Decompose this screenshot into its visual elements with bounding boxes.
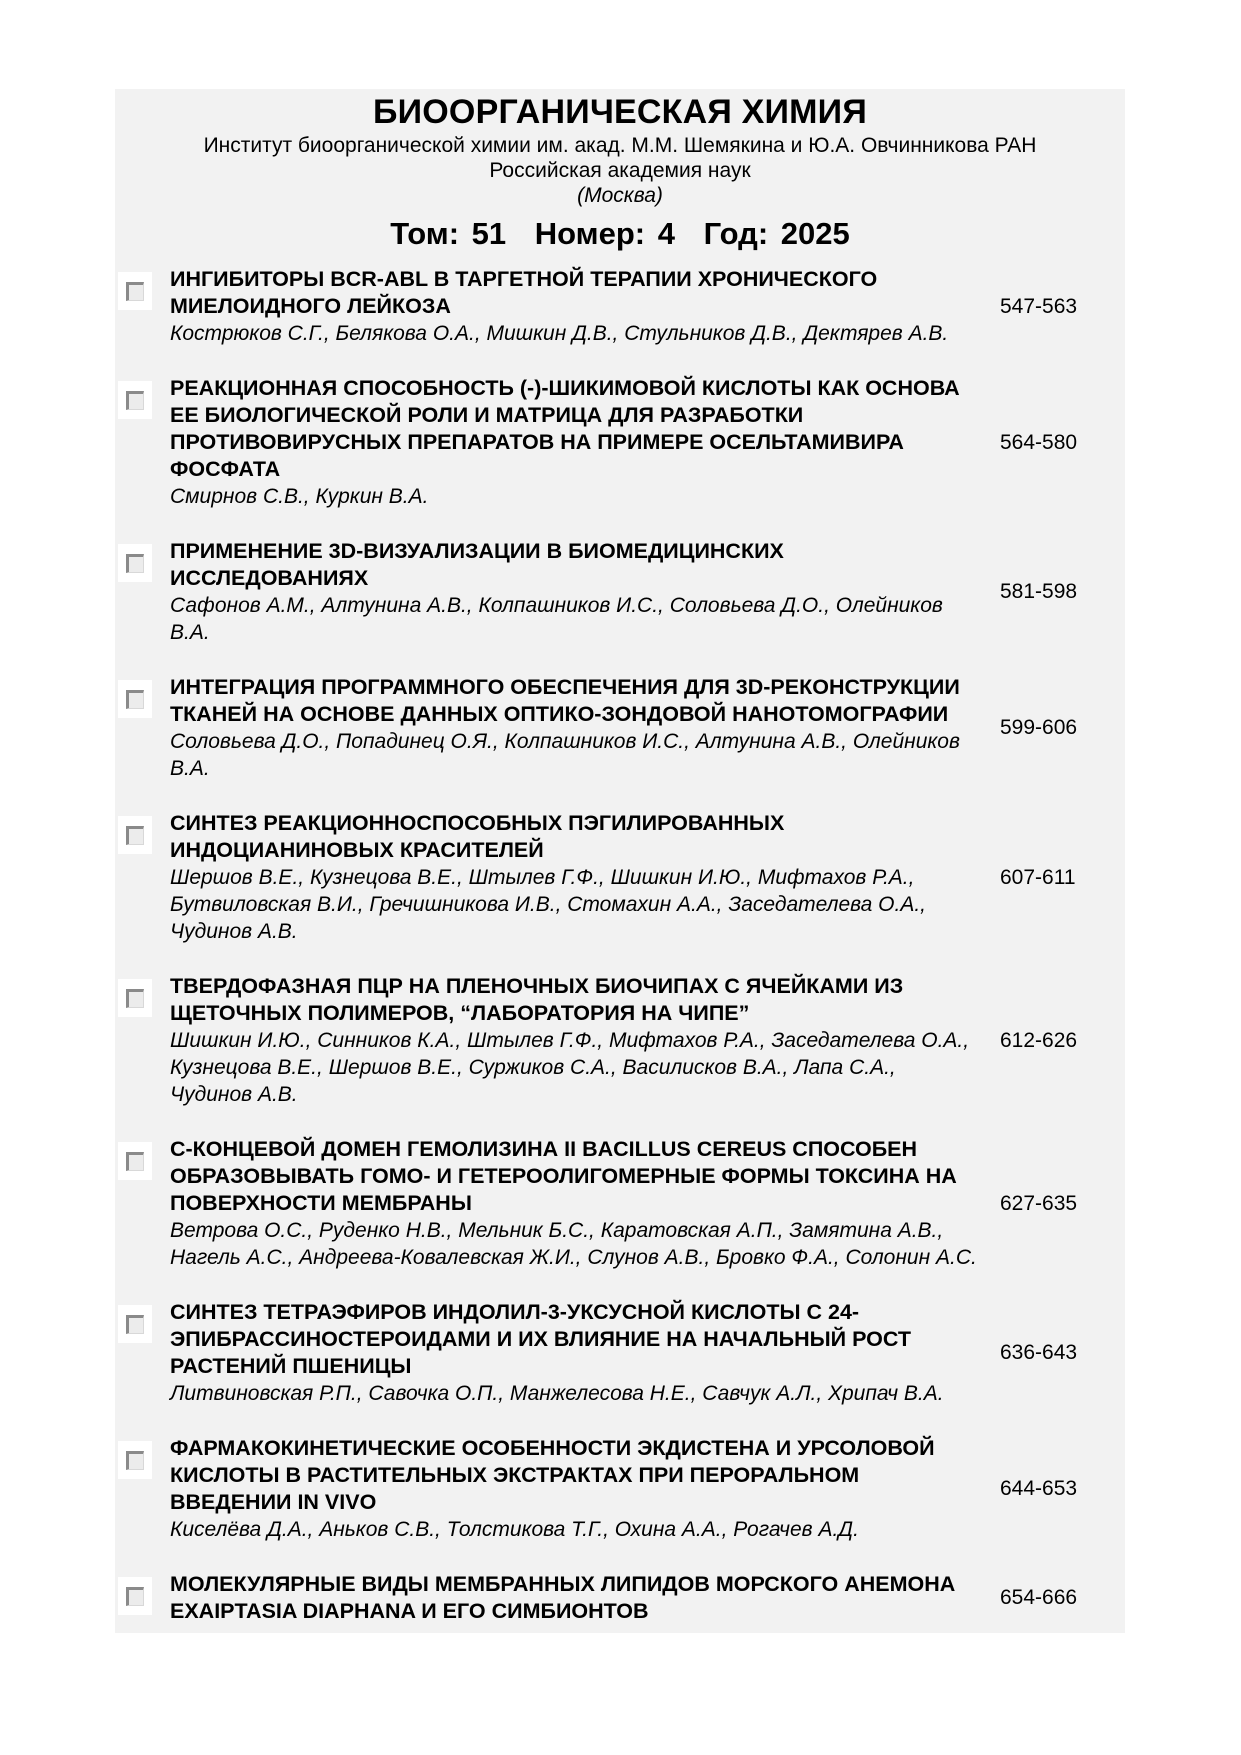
article-item: СИНТЕЗ ТЕТРАЭФИРОВ ИНДОЛИЛ-3-УКСУСНОЙ КИ… <box>115 1293 1125 1429</box>
article-item: СИНТЕЗ РЕАКЦИОННОСПОСОБНЫХ ПЭГИЛИРОВАННЫ… <box>115 804 1125 967</box>
checkbox-icon[interactable] <box>118 979 152 1017</box>
checkbox-icon[interactable] <box>118 1441 152 1479</box>
article-authors: Кострюков С.Г., Белякова О.А., Мишкин Д.… <box>170 320 980 347</box>
issue-label: Номер: 4 <box>535 216 675 251</box>
year-label: Год: 2025 <box>704 216 850 251</box>
article-item: C-КОНЦЕВОЙ ДОМЕН ГЕМОЛИЗИНА II BACILLUS … <box>115 1130 1125 1293</box>
article-authors: Шишкин И.Ю., Синников К.А., Штылев Г.Ф.,… <box>170 1027 980 1108</box>
article-title[interactable]: ФАРМАКОКИНЕТИЧЕСКИЕ ОСОБЕННОСТИ ЭКДИСТЕН… <box>170 1435 980 1516</box>
article-pages: 644-653 <box>980 1435 1125 1543</box>
checkbox-icon[interactable] <box>118 680 152 718</box>
article-pages: 612-626 <box>980 973 1125 1108</box>
issue-info: Том: 51 Номер: 4 Год: 2025 <box>115 214 1125 260</box>
academy-name: Российская академия наук <box>115 158 1125 183</box>
article-authors: Киселёва Д.А., Аньков С.В., Толстикова Т… <box>170 1516 980 1543</box>
article-list: ИНГИБИТОРЫ BCR-ABL В ТАРГЕТНОЙ ТЕРАПИИ Х… <box>115 260 1125 1633</box>
article-pages: 627-635 <box>980 1136 1125 1271</box>
checkbox-icon[interactable] <box>118 1142 152 1180</box>
article-authors: Соловьева Д.О., Попадинец О.Я., Колпашни… <box>170 728 980 782</box>
article-pages: 607-611 <box>980 810 1125 945</box>
journal-header: БИООРГАНИЧЕСКАЯ ХИМИЯ Институт биооргани… <box>115 89 1125 260</box>
checkbox-icon[interactable] <box>118 816 152 854</box>
article-pages: 636-643 <box>980 1299 1125 1407</box>
article-title[interactable]: ИНГИБИТОРЫ BCR-ABL В ТАРГЕТНОЙ ТЕРАПИИ Х… <box>170 266 980 320</box>
checkbox-icon[interactable] <box>118 1305 152 1343</box>
volume-label: Том: 51 <box>390 216 506 251</box>
checkbox-icon[interactable] <box>118 381 152 419</box>
article-title[interactable]: ИНТЕГРАЦИЯ ПРОГРАММНОГО ОБЕСПЕЧЕНИЯ ДЛЯ … <box>170 674 980 728</box>
article-title[interactable]: СИНТЕЗ РЕАКЦИОННОСПОСОБНЫХ ПЭГИЛИРОВАННЫ… <box>170 810 980 864</box>
article-title[interactable]: СИНТЕЗ ТЕТРАЭФИРОВ ИНДОЛИЛ-3-УКСУСНОЙ КИ… <box>170 1299 980 1380</box>
institute-name: Институт биоорганической химии им. акад.… <box>115 133 1125 158</box>
article-item: ТВЕРДОФАЗНАЯ ПЦР НА ПЛЕНОЧНЫХ БИОЧИПАХ С… <box>115 967 1125 1130</box>
table-of-contents-panel: БИООРГАНИЧЕСКАЯ ХИМИЯ Институт биооргани… <box>115 89 1125 1633</box>
article-pages: 581-598 <box>980 538 1125 646</box>
article-authors: Ветрова О.С., Руденко Н.В., Мельник Б.С.… <box>170 1217 980 1271</box>
article-pages: 599-606 <box>980 674 1125 782</box>
journal-title: БИООРГАНИЧЕСКАЯ ХИМИЯ <box>115 89 1125 133</box>
article-item: ИНГИБИТОРЫ BCR-ABL В ТАРГЕТНОЙ ТЕРАПИИ Х… <box>115 260 1125 369</box>
article-authors: Смирнов С.В., Куркин В.А. <box>170 483 980 510</box>
article-item: МОЛЕКУЛЯРНЫЕ ВИДЫ МЕМБРАННЫХ ЛИПИДОВ МОР… <box>115 1565 1125 1633</box>
checkbox-icon[interactable] <box>118 544 152 582</box>
article-authors: Сафонов А.М., Алтунина А.В., Колпашников… <box>170 592 980 646</box>
checkbox-icon[interactable] <box>118 272 152 310</box>
article-item: ИНТЕГРАЦИЯ ПРОГРАММНОГО ОБЕСПЕЧЕНИЯ ДЛЯ … <box>115 668 1125 804</box>
article-pages: 564-580 <box>980 375 1125 510</box>
article-title[interactable]: МОЛЕКУЛЯРНЫЕ ВИДЫ МЕМБРАННЫХ ЛИПИДОВ МОР… <box>170 1571 980 1625</box>
article-pages: 654-666 <box>980 1571 1125 1625</box>
city: (Москва) <box>115 183 1125 208</box>
article-title[interactable]: ПРИМЕНЕНИЕ 3D-ВИЗУАЛИЗАЦИИ В БИОМЕДИЦИНС… <box>170 538 980 592</box>
article-title[interactable]: ТВЕРДОФАЗНАЯ ПЦР НА ПЛЕНОЧНЫХ БИОЧИПАХ С… <box>170 973 980 1027</box>
checkbox-icon[interactable] <box>118 1577 152 1615</box>
article-item: ФАРМАКОКИНЕТИЧЕСКИЕ ОСОБЕННОСТИ ЭКДИСТЕН… <box>115 1429 1125 1565</box>
article-title[interactable]: C-КОНЦЕВОЙ ДОМЕН ГЕМОЛИЗИНА II BACILLUS … <box>170 1136 980 1217</box>
article-authors: Литвиновская Р.П., Савочка О.П., Манжеле… <box>170 1380 980 1407</box>
article-title[interactable]: РЕАКЦИОННАЯ СПОСОБНОСТЬ (-)-ШИКИМОВОЙ КИ… <box>170 375 980 483</box>
article-item: РЕАКЦИОННАЯ СПОСОБНОСТЬ (-)-ШИКИМОВОЙ КИ… <box>115 369 1125 532</box>
article-pages: 547-563 <box>980 266 1125 347</box>
article-authors: Шершов В.Е., Кузнецова В.Е., Штылев Г.Ф.… <box>170 864 980 945</box>
article-item: ПРИМЕНЕНИЕ 3D-ВИЗУАЛИЗАЦИИ В БИОМЕДИЦИНС… <box>115 532 1125 668</box>
